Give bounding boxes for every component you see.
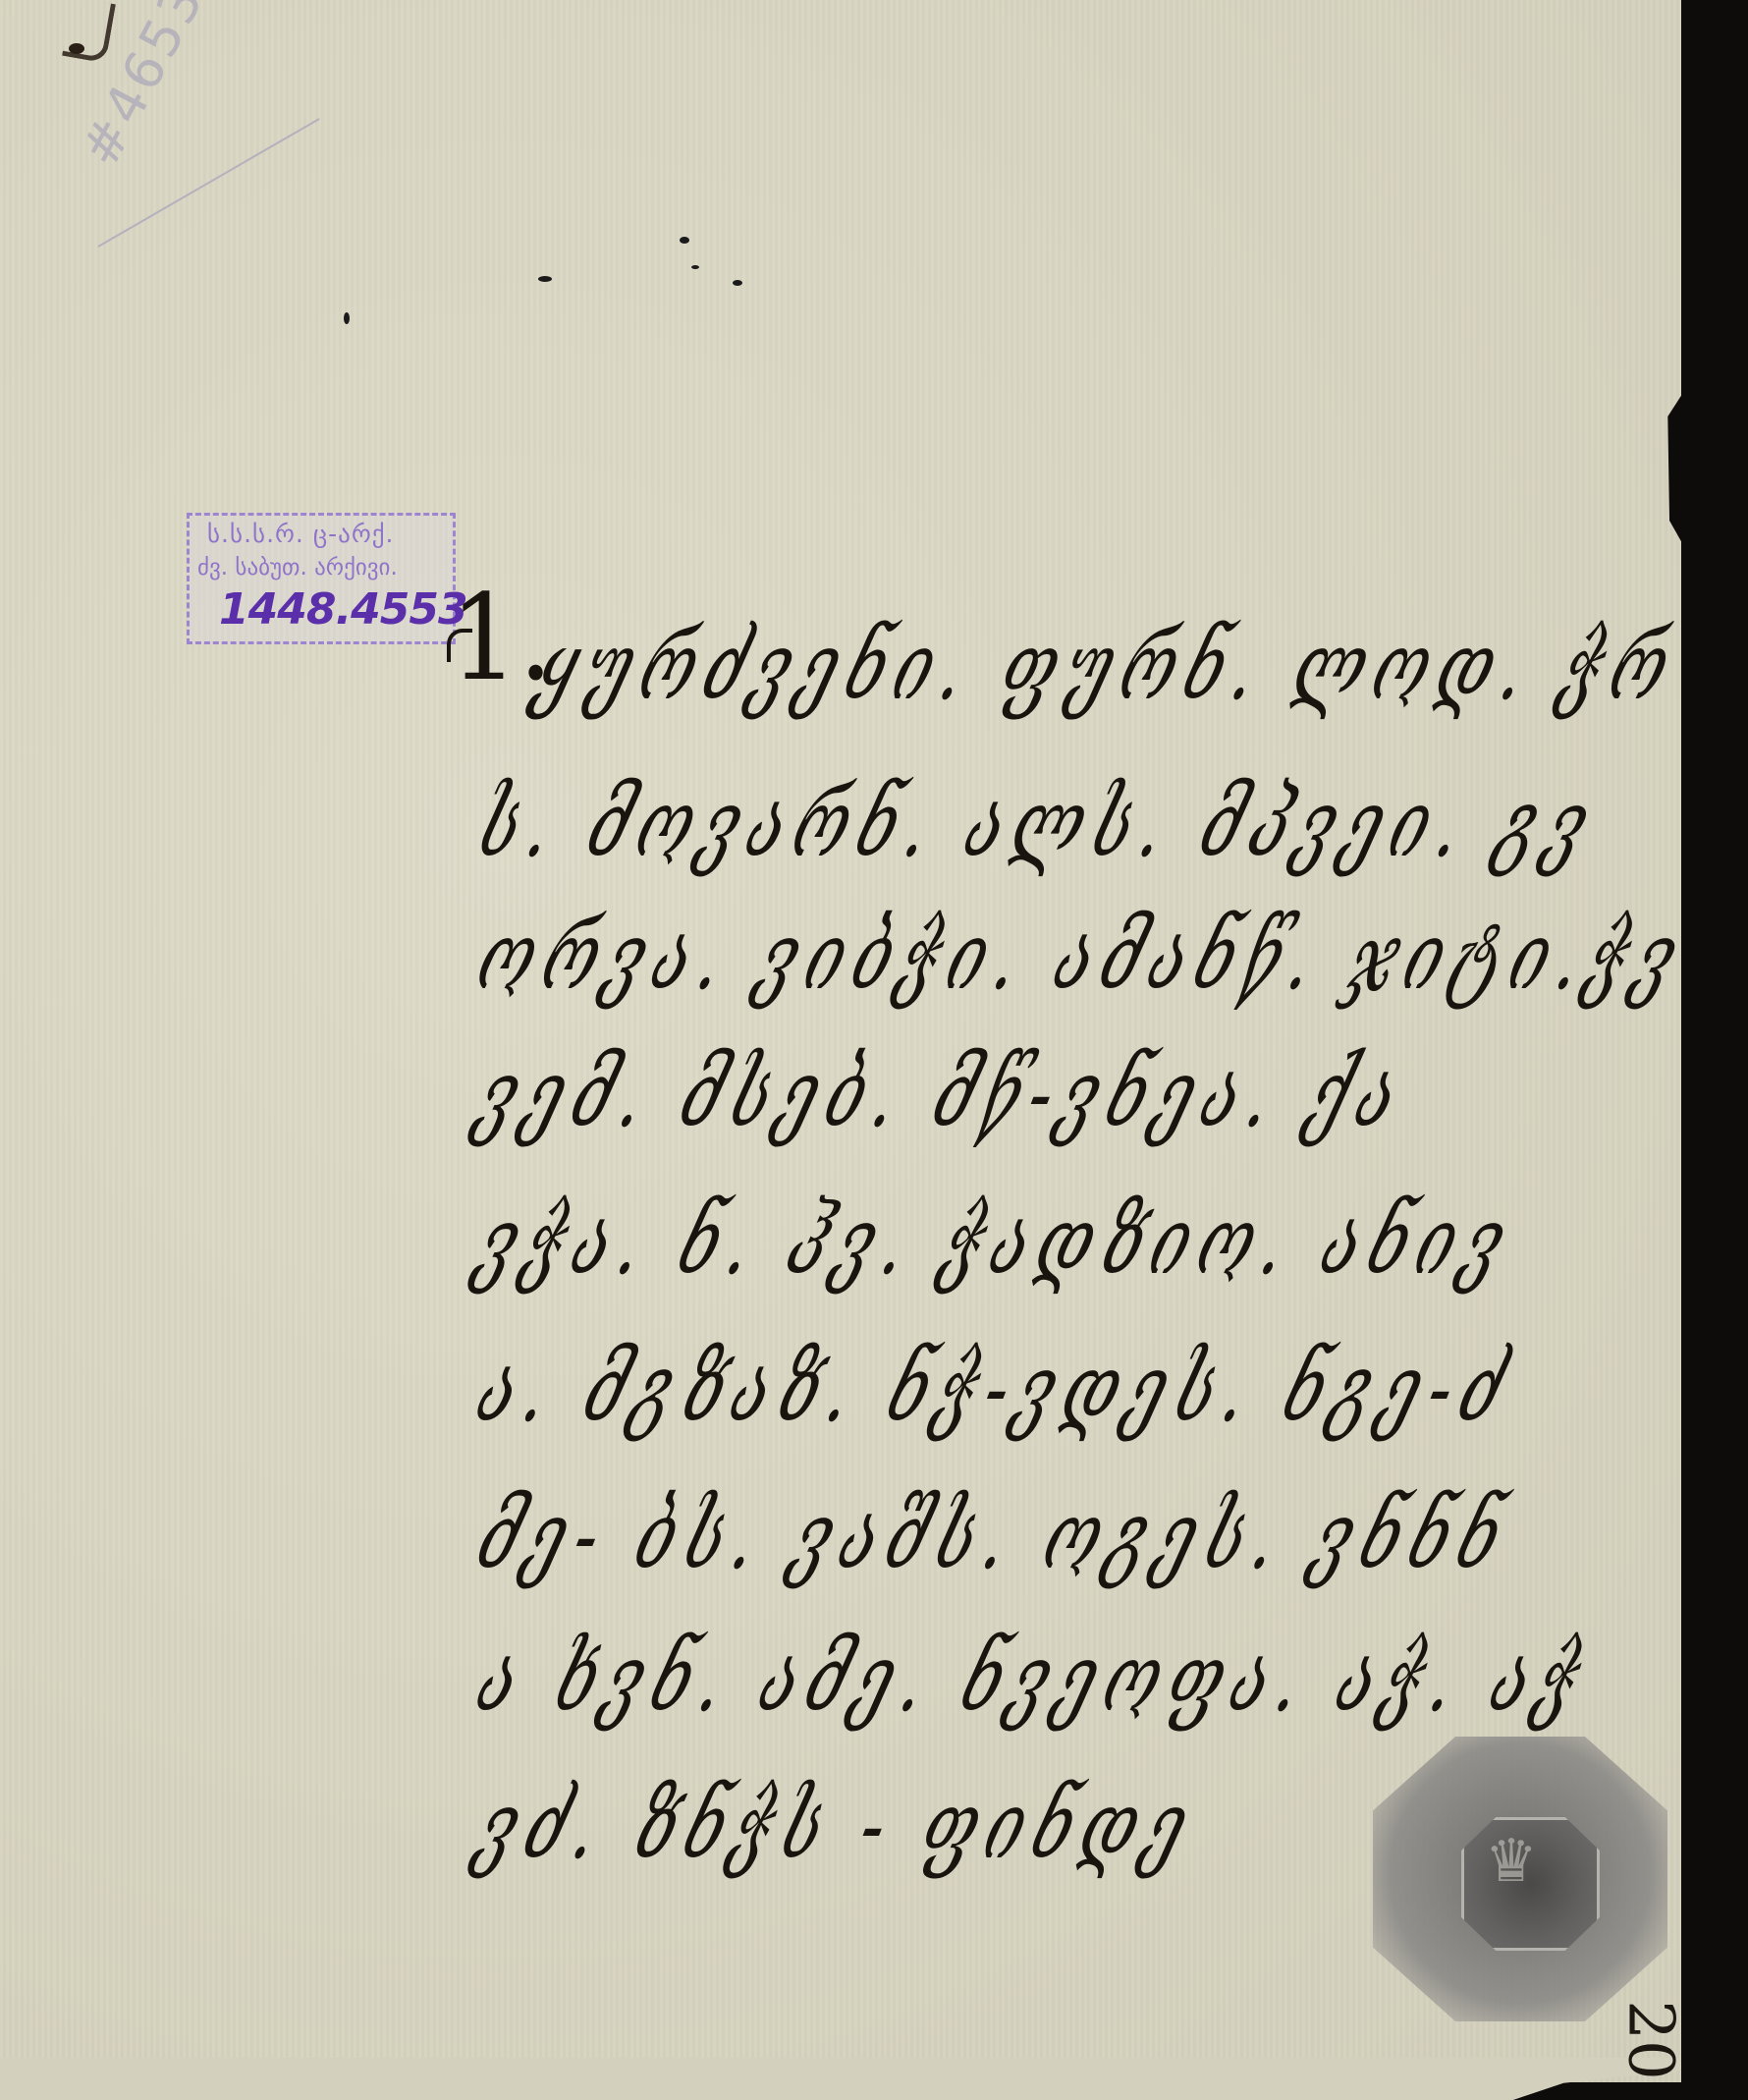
seal-crest-icon: ♛ <box>1485 1827 1538 1896</box>
manuscript-line: ა. მგზაზ. ნჭ-ვდეს. ნგე-ძ <box>467 1334 1524 1444</box>
manuscript-line: მე- ბს. ვაშს. ოგეს. ვნნნ <box>467 1481 1522 1591</box>
folio-number: 20 <box>1614 2000 1687 2079</box>
manuscript-line: ს. მოვარნ. ალს. მპვეი. გვ <box>467 769 1610 879</box>
manuscript-line: ვძ. ზნჭს - ფინდე <box>467 1771 1208 1881</box>
manuscript-line: ვემ. მსებ. მწ-ვნეა. ქა <box>467 1039 1418 1149</box>
manuscript-line: ვჭა. ნ. ჰვ. ჭადზიო. ანივ <box>467 1187 1526 1297</box>
manuscript-line: ა ხვნ. ამე. ნვეოფა. აჭ. აჭ <box>467 1624 1601 1734</box>
manuscript-line: ორვა. ვიბჭი. ამანწ. ჯიტი.ჭვ <box>467 902 1698 1012</box>
manuscript-line: ყურძვენი. ფურნ. ლოდ. ჭრ <box>526 612 1690 722</box>
